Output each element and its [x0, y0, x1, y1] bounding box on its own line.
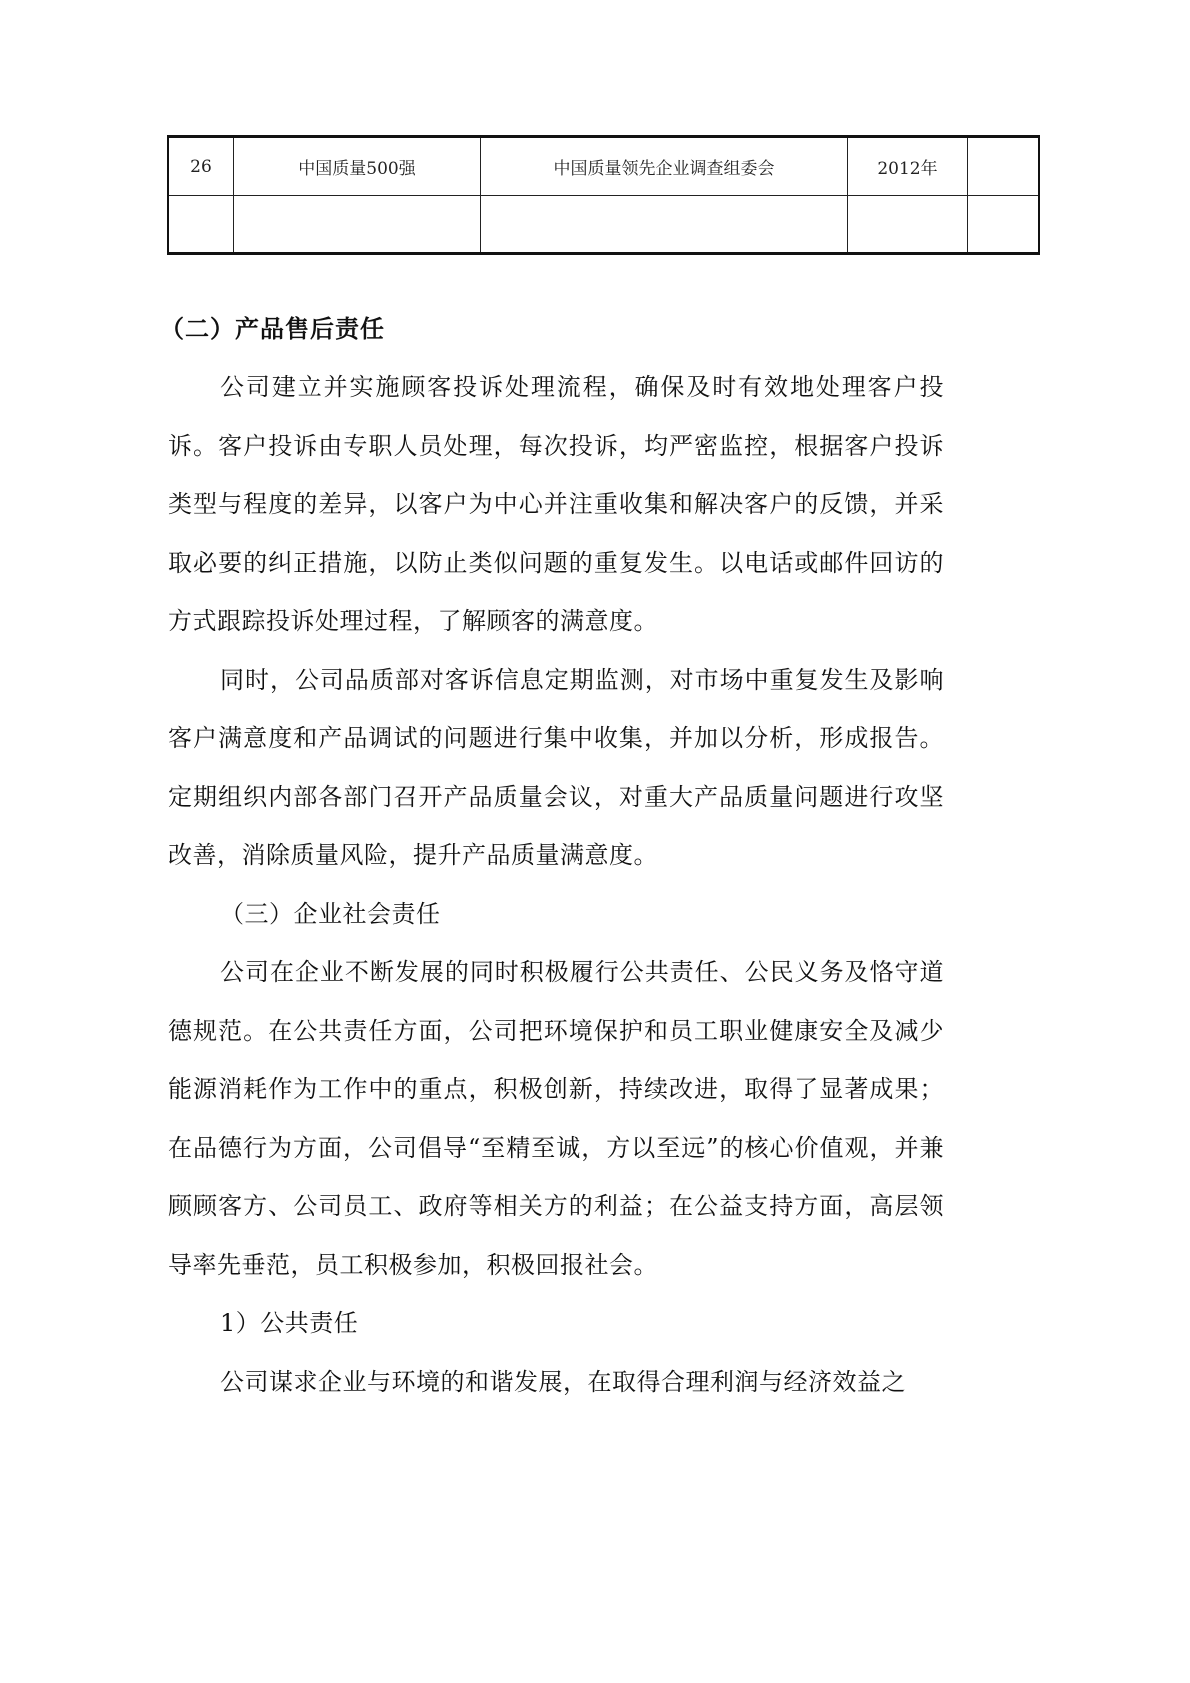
cell-year: 2012年: [848, 137, 968, 196]
cell-year: [848, 196, 968, 254]
paragraph-quality-monitoring: 同时，公司品质部对客诉信息定期监测，对市场中重复发生及影响客户满意度和产品调试的…: [168, 651, 944, 885]
table-row: 26 中国质量500强 中国质量领先企业调查组委会 2012年: [168, 137, 1039, 196]
cell-award: [234, 196, 481, 254]
cell-note: [968, 137, 1040, 196]
section-heading-after-sales: （二）产品售后责任: [160, 300, 944, 358]
document-body: （二）产品售后责任 公司建立并实施顾客投诉处理流程，确保及时有效地处理客户投诉。…: [168, 300, 944, 1411]
section-heading-social-responsibility: （三）企业社会责任: [168, 885, 944, 944]
cell-issuer: [481, 196, 848, 254]
cell-index: [168, 196, 234, 254]
cell-note: [968, 196, 1040, 254]
paragraph-complaint-handling: 公司建立并实施顾客投诉处理流程，确保及时有效地处理客户投诉。客户投诉由专职人员处…: [168, 358, 944, 651]
paragraph-public-responsibility: 公司谋求企业与环境的和谐发展，在取得合理利润与经济效益之: [168, 1353, 944, 1412]
awards-table: 26 中国质量500强 中国质量领先企业调查组委会 2012年: [167, 135, 1040, 255]
cell-index: 26: [168, 137, 234, 196]
paragraph-social-responsibility: 公司在企业不断发展的同时积极履行公共责任、公民义务及恪守道德规范。在公共责任方面…: [168, 943, 944, 1294]
subsection-heading-public-responsibility: 1）公共责任: [168, 1294, 944, 1353]
cell-award: 中国质量500强: [234, 137, 481, 196]
cell-issuer: 中国质量领先企业调查组委会: [481, 137, 848, 196]
table-row: [168, 196, 1039, 254]
